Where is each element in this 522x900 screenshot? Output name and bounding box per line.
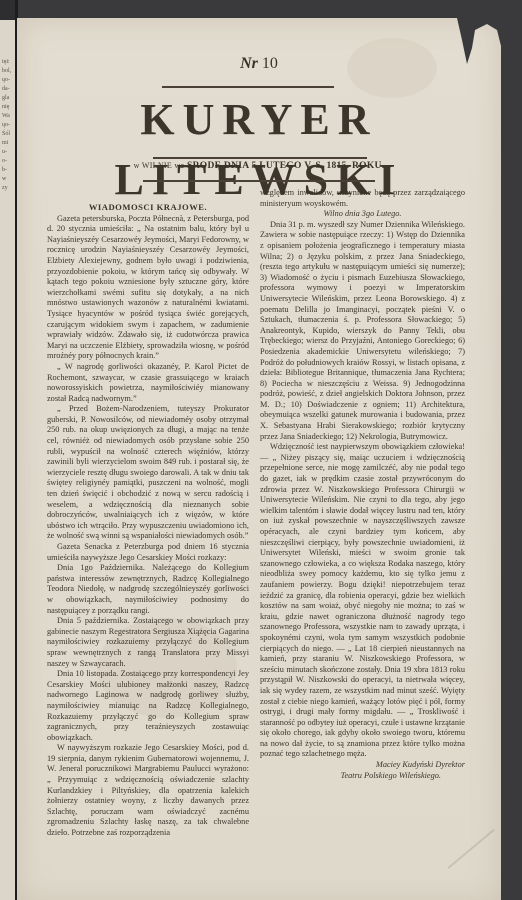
article-paragraph: względem inwalidów, uczynione będą przez…	[260, 188, 465, 209]
article-paragraph: W naywyższym rozkazie Jego Cesarskiey Mo…	[47, 743, 249, 838]
issue-number: Nr 10	[17, 55, 501, 73]
article-paragraph: „ W nagrodę gorliwości okazanéy, P. Karo…	[47, 362, 249, 404]
rule-divider	[162, 86, 334, 88]
article-paragraph: Dnia 5 października. Zostaiącego w obowi…	[47, 616, 249, 669]
article-paragraph: Dnia 31 p. m. wyszedł szy Numer Dziennik…	[260, 220, 465, 442]
article-paragraph: Dnia 10 listopada. Zostaiącego przy korr…	[47, 669, 249, 743]
article-paragraph: Gazeta Senacka z Peterzburga pod dniem 1…	[47, 542, 249, 563]
paper-crease	[447, 829, 494, 869]
signature-title: Teatru Polskiego Wileńskiego.	[260, 771, 465, 782]
left-column: WIADOMOSCI KRAJOWE. Gazeta petersburska,…	[47, 202, 249, 839]
signature-name: Maciey Kudyński Dyrektor	[260, 760, 465, 771]
dateline-date: SRODĘ DNIA 5 LUTEGO V. S. 1815. ROKU.	[187, 161, 384, 171]
issue-number-value: 10	[262, 55, 278, 72]
article-paragraph: Wdzięczność iest naypierwszym obowiązkie…	[260, 442, 465, 760]
dateline: w WILNIE we SRODĘ DNIA 5 LUTEGO V. S. 18…	[17, 161, 501, 171]
article-paragraph: „ Przed Bożem-Narodzeniem, tuteyszy Prok…	[47, 404, 249, 542]
subsection-heading: Wilno dnia 3go Lutego.	[260, 209, 465, 220]
rule-divider	[143, 180, 375, 182]
article-paragraph: Dnia 1go Października. Należącego do Kol…	[47, 563, 249, 616]
issue-number-label: Nr	[240, 55, 258, 72]
previous-page-edge: ięż bol, ųo- da- gla nię Wa ųo- Śól mi u…	[0, 20, 15, 900]
newspaper-page: Nr 10 KURYER LITEWSKI w WILNIE we SRODĘ …	[17, 18, 501, 900]
section-heading: WIADOMOSCI KRAJOWE.	[47, 202, 249, 213]
previous-page-text-fragment: ięż bol, ųo- da- gla nię Wa ųo- Śól mi u…	[0, 20, 15, 193]
article-paragraph: Gazeta petersburska, Poczta Półnecnà, z …	[47, 214, 249, 362]
dateline-prefix: w WILNIE we	[134, 161, 185, 170]
rule-divider	[153, 157, 367, 159]
right-column: względem inwalidów, uczynione będą przez…	[260, 188, 465, 781]
